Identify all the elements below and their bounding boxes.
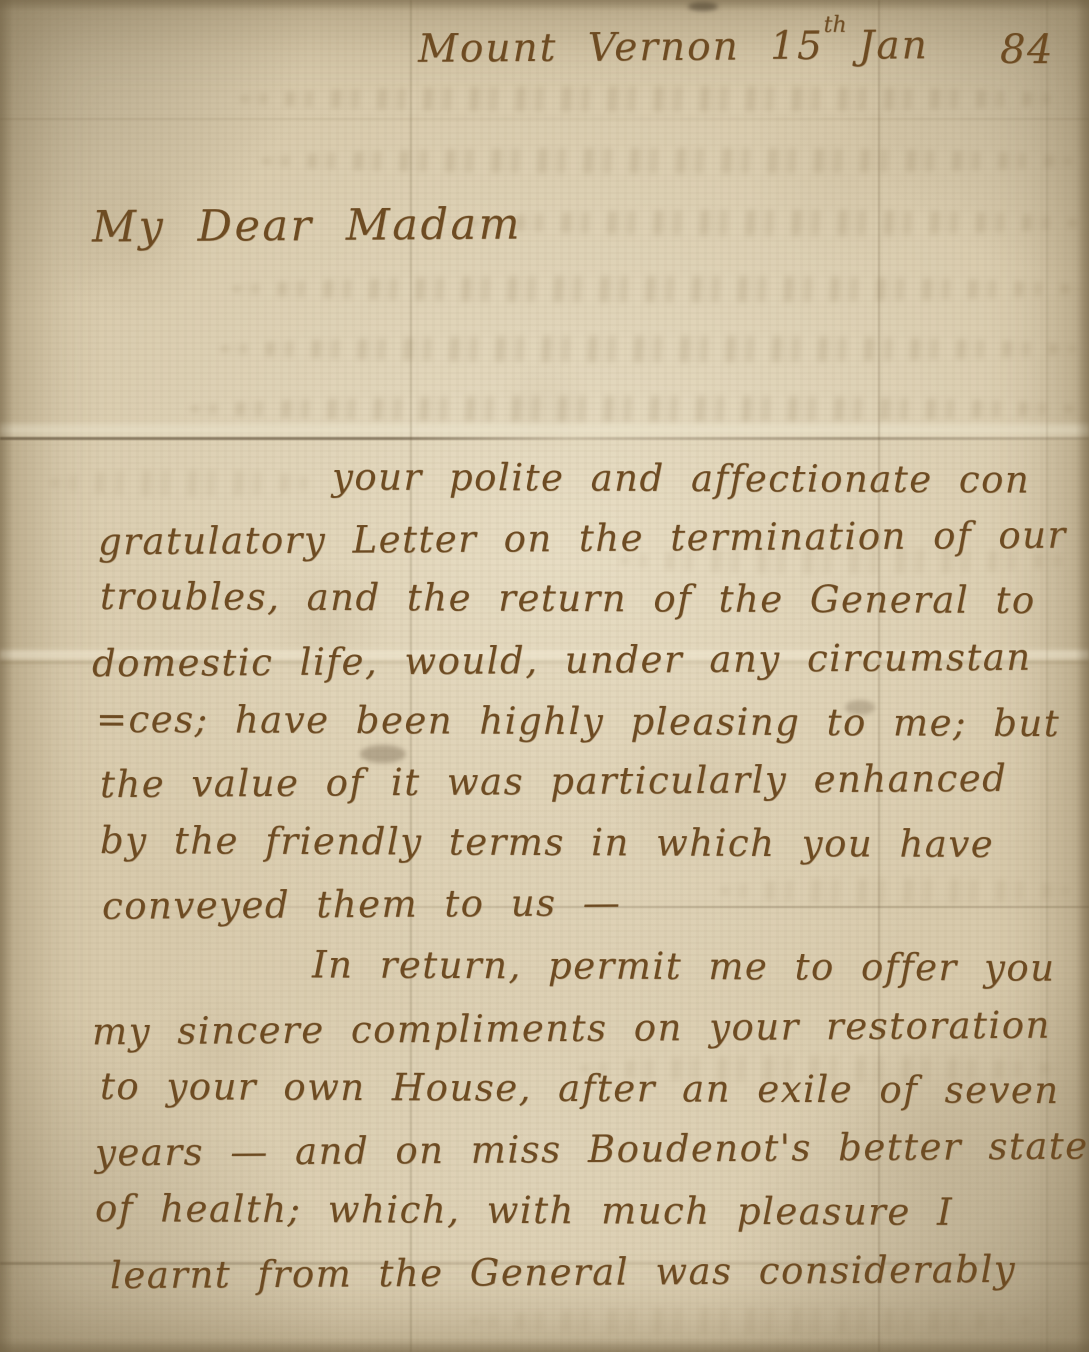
letter-line: of health; which, with much pleasure I <box>95 1190 953 1231</box>
letter-line: In return, permit me to offer you <box>312 946 1056 986</box>
letter-line: conveyed them to us — <box>102 884 622 925</box>
bleed-through-ghost <box>470 1308 1030 1334</box>
letter-line: to your own House, after an exile of sev… <box>100 1068 1060 1109</box>
fold-highlight <box>0 424 1089 436</box>
bleed-through-ghost <box>720 878 1070 904</box>
bleed-through-ghost <box>220 336 1080 362</box>
dateline-month: Jan <box>859 23 929 68</box>
dateline-ordinal: th <box>824 13 847 38</box>
fold-crease-horizontal <box>0 118 1089 120</box>
letter-line: by the friendly terms in which you have <box>100 822 994 863</box>
letter-scan: Mount Vernon 15thJan 84 My Dear Madam yo… <box>0 0 1089 1352</box>
bleed-through-ghost <box>470 210 1080 236</box>
letter-line: the value of it was particularly enhance… <box>100 760 1008 803</box>
letter-line: =ces; have been highly pleasing to me; b… <box>96 701 1060 742</box>
bleed-through-ghost <box>262 148 1077 174</box>
letter-line: your polite and affectionate con <box>332 458 1030 498</box>
letter-line: years — and on miss Boudenot's better st… <box>95 1128 1089 1172</box>
fold-crease-horizontal <box>0 437 1089 440</box>
bleed-through-ghost <box>232 276 1082 302</box>
bleed-through-ghost <box>50 470 320 496</box>
letter-line: gratulatory Letter on the termination of… <box>98 517 1067 561</box>
letter-salutation: My Dear Madam <box>92 203 522 249</box>
letter-line: domestic life, would, under any circumst… <box>92 639 1032 683</box>
letter-year: 84 <box>1000 30 1054 70</box>
dateline-place-day: Mount Vernon 15 <box>418 24 824 72</box>
letter-dateline: Mount Vernon 15thJan <box>418 26 929 69</box>
letter-line: learnt from the General was considerably <box>110 1251 1016 1294</box>
edge-fleck <box>688 2 718 11</box>
bleed-through-ghost <box>240 86 1070 112</box>
bleed-through-ghost <box>190 396 1078 422</box>
letter-line: my sincere compliments on your restorati… <box>92 1007 1051 1051</box>
letter-line: troubles, and the return of the General … <box>100 578 1036 619</box>
